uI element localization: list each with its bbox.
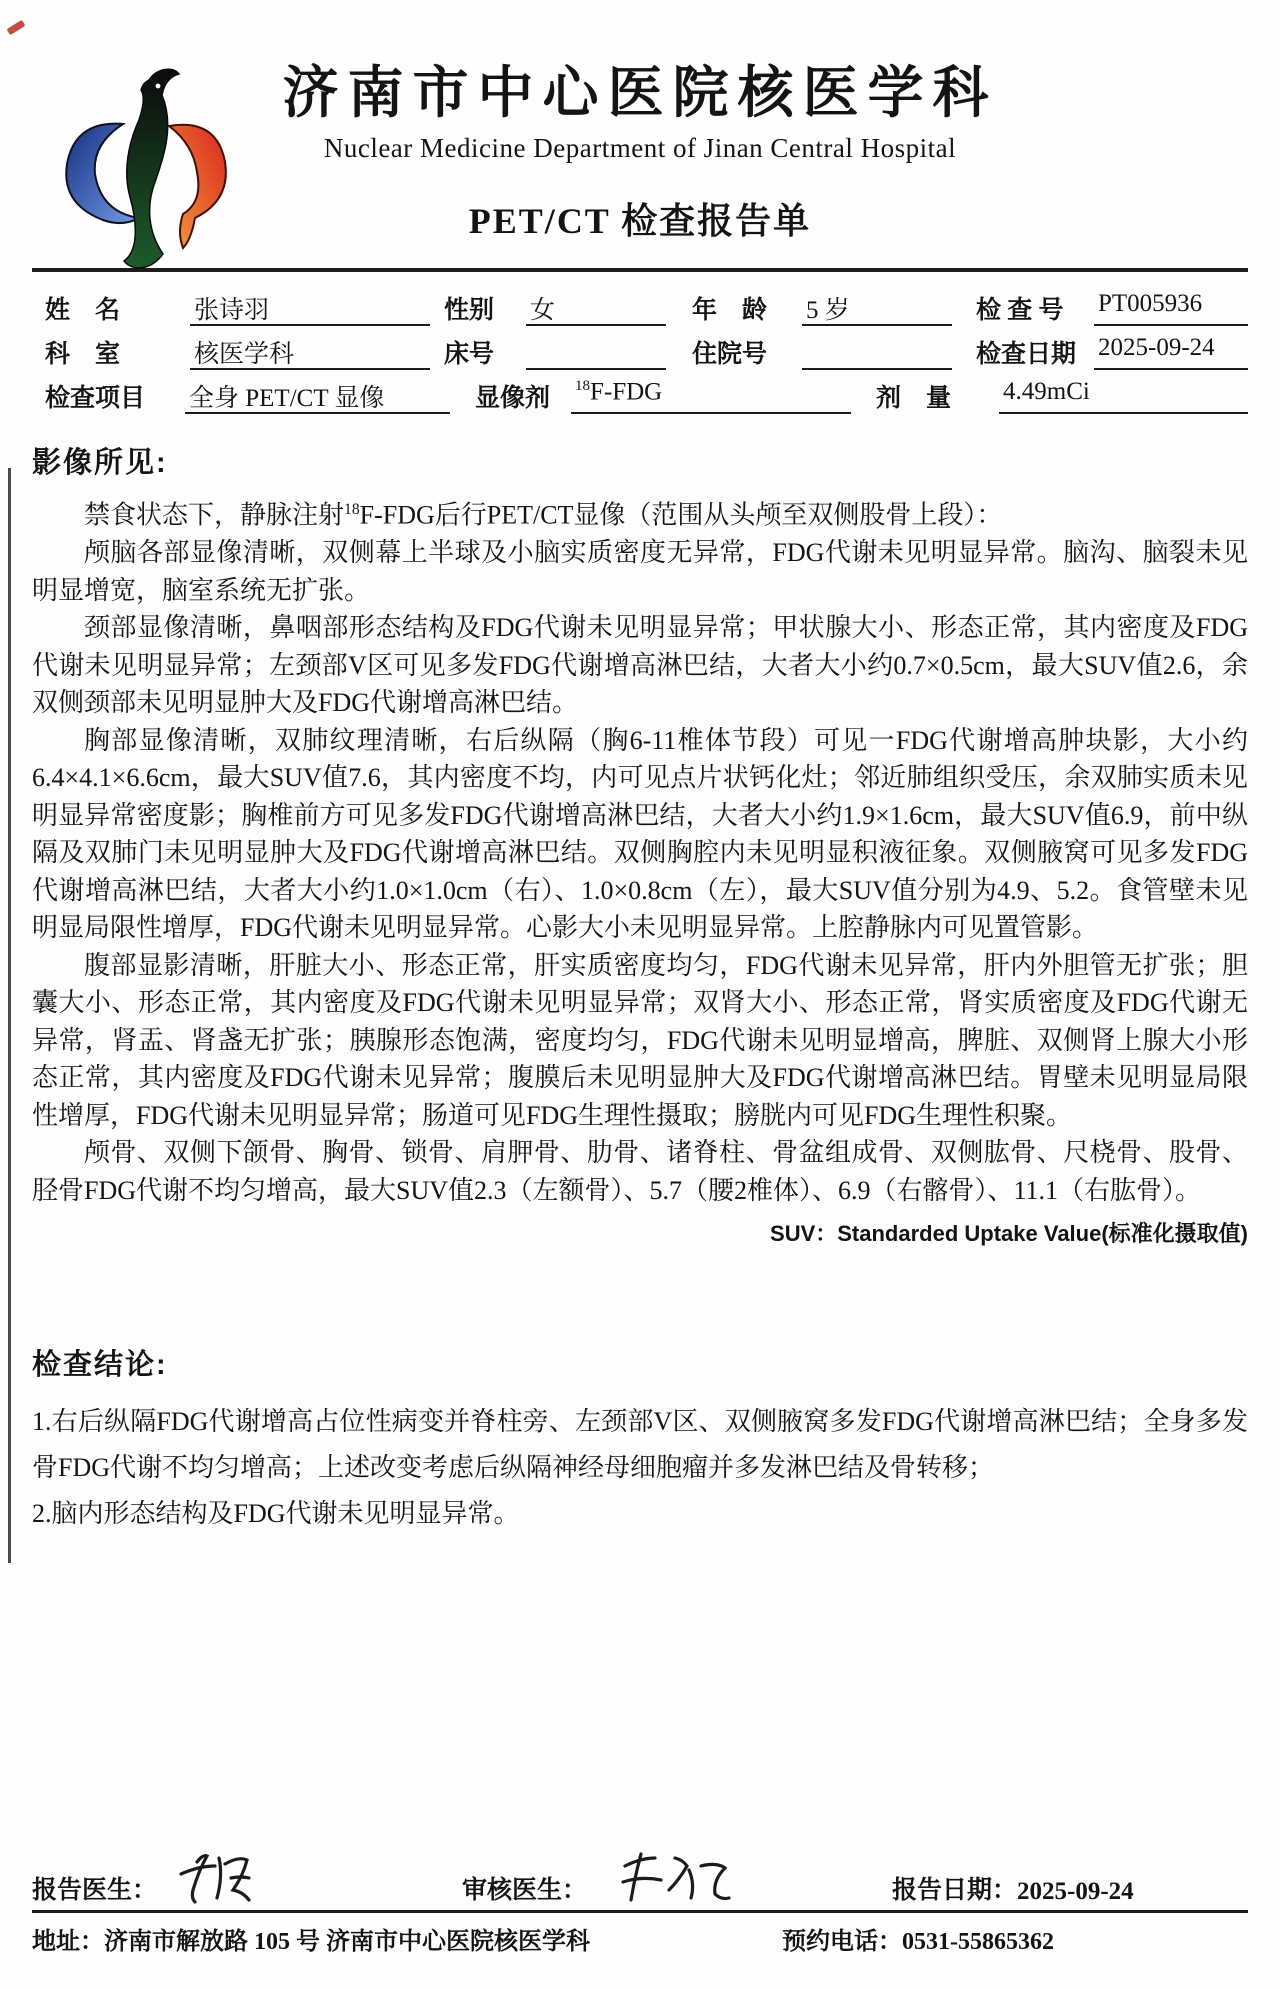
tracer-isotope-superscript: 18 [575,378,590,394]
patient-info-table: 姓 名 张诗羽 性别 女 年 龄 5 岁 检 查 号 PT005936 科 室 … [32,282,1248,414]
findings-paragraph-abdomen: 腹部显影清晰，肝脏大小、形态正常，肝实质密度均匀，FDG代谢未见异常，肝内外胆管… [32,947,1248,1135]
report-date-label: 报告日期： [892,1870,1017,1906]
sex-value: 女 [526,290,666,326]
conclusion-heading: 检查结论: [32,1342,1248,1383]
findings-paragraph-chest: 胸部显像清晰，双肺纹理清晰，右后纵隔（胸6-11椎体节段）可见一FDG代谢增高肿… [32,722,1248,947]
findings-paragraph-bones: 颅骨、双侧下颌骨、胸骨、锁骨、肩胛骨、肋骨、诸脊柱、骨盆组成骨、双侧肱骨、尺桡骨… [32,1134,1248,1209]
exam-item-label: 检查项目 [45,378,177,414]
footer-divider [32,1910,1248,1913]
age-value: 5 岁 [802,290,952,326]
name-value: 张诗羽 [190,290,430,326]
patient-info-row-3: 检查项目 全身 PET/CT 显像 显像剂 18F-FDG 剂 量 4.49mC… [32,370,1248,414]
suv-definition-note: SUV：Standarded Uptake Value(标准化摄取值) [32,1217,1248,1248]
report-footer: 报告医生： 审核医生： [32,1848,1248,1956]
dose-label: 剂 量 [876,378,991,414]
conclusion-item-2: 2.脑内形态结构及FDG代谢未见明显异常。 [32,1491,1248,1537]
exam-no-value: PT005936 [1094,290,1248,326]
tracer-name: F-FDG [590,378,662,405]
tracer-value: 18F-FDG [571,378,851,414]
bed-value [526,334,666,370]
exam-date-label: 检查日期 [976,334,1088,370]
dose-value: 4.49mCi [999,378,1248,414]
findings-paragraph-neck: 颈部显像清晰，鼻咽部形态结构及FDG代谢未见明显异常；甲状腺大小、形态正常，其内… [32,609,1248,722]
red-corner-mark [7,20,26,35]
inpatient-no-value [802,334,952,370]
hospital-address: 地址：济南市解放路 105 号 济南市中心医院核医学科 [32,1921,752,1956]
review-doctor-signature [597,1848,737,1906]
bed-label: 床号 [444,334,506,370]
patient-info-row-2: 科 室 核医学科 床号 住院号 检查日期 2025-09-24 [32,326,1248,370]
findings-paragraph-procedure: 禁食状态下，静脉注射18F-FDG后行PET/CT显像（范围从头颅至双侧股骨上段… [32,491,1248,534]
report-doctor-signature [167,1848,287,1906]
name-label: 姓 名 [45,290,180,326]
conclusion-item-1: 1.右后纵隔FDG代谢增高占位性病变并脊柱旁、左颈部V区、双侧腋窝多发FDG代谢… [32,1399,1248,1491]
exam-no-label: 检 查 号 [976,290,1088,326]
hospital-logo [40,62,250,292]
findings-body: 禁食状态下，静脉注射18F-FDG后行PET/CT显像（范围从头颅至双侧股骨上段… [32,491,1248,1209]
findings-p1-post: F-FDG后行PET/CT显像（范围从头颅至双侧股骨上段）： [360,501,1003,530]
sex-label: 性别 [444,290,506,326]
doctor-row: 报告医生： 审核医生： [32,1848,1248,1906]
review-doctor-label: 审核医生： [462,1870,587,1906]
tracer-label: 显像剂 [475,378,563,414]
report-doctor-label: 报告医生： [32,1870,157,1906]
findings-heading: 影像所见: [32,440,1248,481]
exam-date-value: 2025-09-24 [1094,334,1248,370]
findings-p1-isotope-superscript: 18 [344,501,360,518]
report-header: 济南市中心医院核医学科 Nuclear Medicine Department … [32,0,1248,244]
age-label: 年 龄 [692,290,782,326]
address-row: 地址：济南市解放路 105 号 济南市中心医院核医学科 预约电话：0531-55… [32,1921,1248,1956]
findings-p1-pre: 禁食状态下，静脉注射 [84,501,344,530]
dept-value: 核医学科 [190,334,430,370]
report-page: 济南市中心医院核医学科 Nuclear Medicine Department … [0,0,1280,1990]
exam-item-value: 全身 PET/CT 显像 [185,378,450,414]
scan-edge-artifact [8,468,11,1563]
dept-label: 科 室 [45,334,180,370]
inpatient-no-label: 住院号 [692,334,782,370]
appointment-phone: 预约电话：0531-55865362 [752,1921,1248,1956]
findings-paragraph-brain: 颅脑各部显像清晰，双侧幕上半球及小脑实质密度无异常，FDG代谢未见明显异常。脑沟… [32,534,1248,609]
report-date-value: 2025-09-24 [1017,1878,1134,1906]
conclusion-body: 1.右后纵隔FDG代谢增高占位性病变并脊柱旁、左颈部V区、双侧腋窝多发FDG代谢… [32,1399,1248,1537]
